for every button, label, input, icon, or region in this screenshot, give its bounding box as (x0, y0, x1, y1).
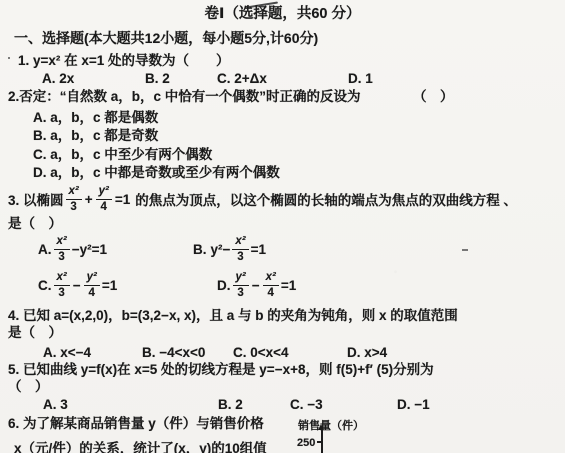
q3-option-d-fraction-1: y² 3 (233, 271, 249, 299)
q5-stem-line1: 5. 已知曲线 y=f(x)在 x=5 处的切线方程是 y=−x+8，则 f(5… (8, 362, 434, 377)
q3-option-b: B. y²− x² 3 =1 (193, 234, 266, 264)
q2-option-a: A. a，b，c 都是偶数 (33, 110, 158, 125)
chart-y-tick-250: 250 (297, 436, 315, 451)
q2-option-b: B. a，b，c 都是奇数 (33, 128, 158, 143)
q3-fraction-2: y² 4 (96, 185, 112, 213)
q6-stem-line2-partial: x（元/件）的关系，统计了(x，y)的10组值 (14, 441, 267, 453)
q4-option-d: D. x>4 (347, 345, 387, 360)
q3-stem-line2: 是（ ） (8, 216, 62, 231)
chart-y-tick-mark (317, 441, 321, 443)
q5-stem-line2: （ ） (8, 379, 49, 394)
q3-option-a: A. x² 3 −y²=1 (38, 234, 107, 264)
q4-option-b: B. −4<x<0 (142, 345, 205, 360)
q1-option-c: C. 2+Δx (217, 71, 267, 86)
q2-option-c: C. a，b，c 中至少有两个偶数 (33, 147, 212, 162)
q5-option-c: C. −3 (290, 397, 323, 412)
section-heading: 一、选择题(本大题共12小题，每小题5分,计60分) (14, 31, 318, 46)
q2-answer-bracket: （ ） (413, 89, 454, 104)
q5-option-a: A. 3 (43, 397, 68, 412)
q3-option-d-fraction-2: x² 4 (263, 271, 279, 299)
paper-title: 卷Ⅰ（选择题，共60 分） (0, 7, 565, 22)
q1-stem: 1. y=x² 在 x=1 处的导数为（ ） (18, 53, 230, 68)
q3-option-b-fraction: x² 3 (232, 235, 248, 263)
scanned-exam-page: 卷Ⅰ（选择题，共60 分） 一、选择题(本大题共12小题，每小题5分,计60分)… (0, 0, 565, 453)
q3-option-d: D. y² 3 − x² 4 =1 (217, 270, 296, 300)
speck-artifact (8, 57, 10, 59)
q3-equals-one: =1 (115, 192, 130, 207)
q4-stem-line1: 4. 已知 a=(x,2,0)，b=(3,2−x, x)，且 a 与 b 的夹角… (8, 308, 458, 323)
q1-option-a: A. 2x (42, 71, 74, 86)
q2-option-d: D. a，b，c 中都是奇数或至少有两个偶数 (33, 165, 280, 180)
dash-artifact (462, 249, 468, 251)
chart-y-axis-line (321, 429, 323, 453)
q3-option-a-fraction: x² 3 (54, 235, 70, 263)
q6-stem-line1: 6. 为了解某商品销售量 y（件）与销售价格 (8, 416, 264, 431)
q3-stem-post: 的焦点为顶点，以这个椭圆的长轴的端点为焦点的双曲线方程 、 (135, 189, 517, 209)
q3-plus-sign: + (85, 192, 93, 207)
q3-fraction-1: x² 3 (66, 185, 82, 213)
q3-option-c: C. x² 3 − y² 4 =1 (38, 270, 117, 300)
q3-option-c-fraction-2: y² 4 (84, 271, 100, 299)
q3-option-c-fraction-1: x² 3 (54, 271, 70, 299)
q4-option-a: A. x<−4 (43, 345, 91, 360)
q3-stem: 3. 以椭圆 x² 3 + y² 4 =1 的焦点为顶点，以这个椭圆的长轴的端点… (8, 184, 517, 214)
q2-stem: 2.否定：“自然数 a，b，c 中恰有一个偶数”时正确的反设为 (8, 89, 361, 104)
q3-stem-pre: 3. 以椭圆 (8, 189, 64, 209)
q4-stem-line2: 是（ ） (8, 325, 62, 340)
q4-option-c: C. 0<x<4 (233, 345, 289, 360)
q1-option-d: D. 1 (348, 71, 373, 86)
chart-y-axis-label: 销售量（件） (298, 419, 364, 434)
q1-option-b: B. 2 (145, 71, 170, 86)
q5-option-d: D. −1 (397, 397, 430, 412)
q5-option-b: B. 2 (218, 397, 243, 412)
